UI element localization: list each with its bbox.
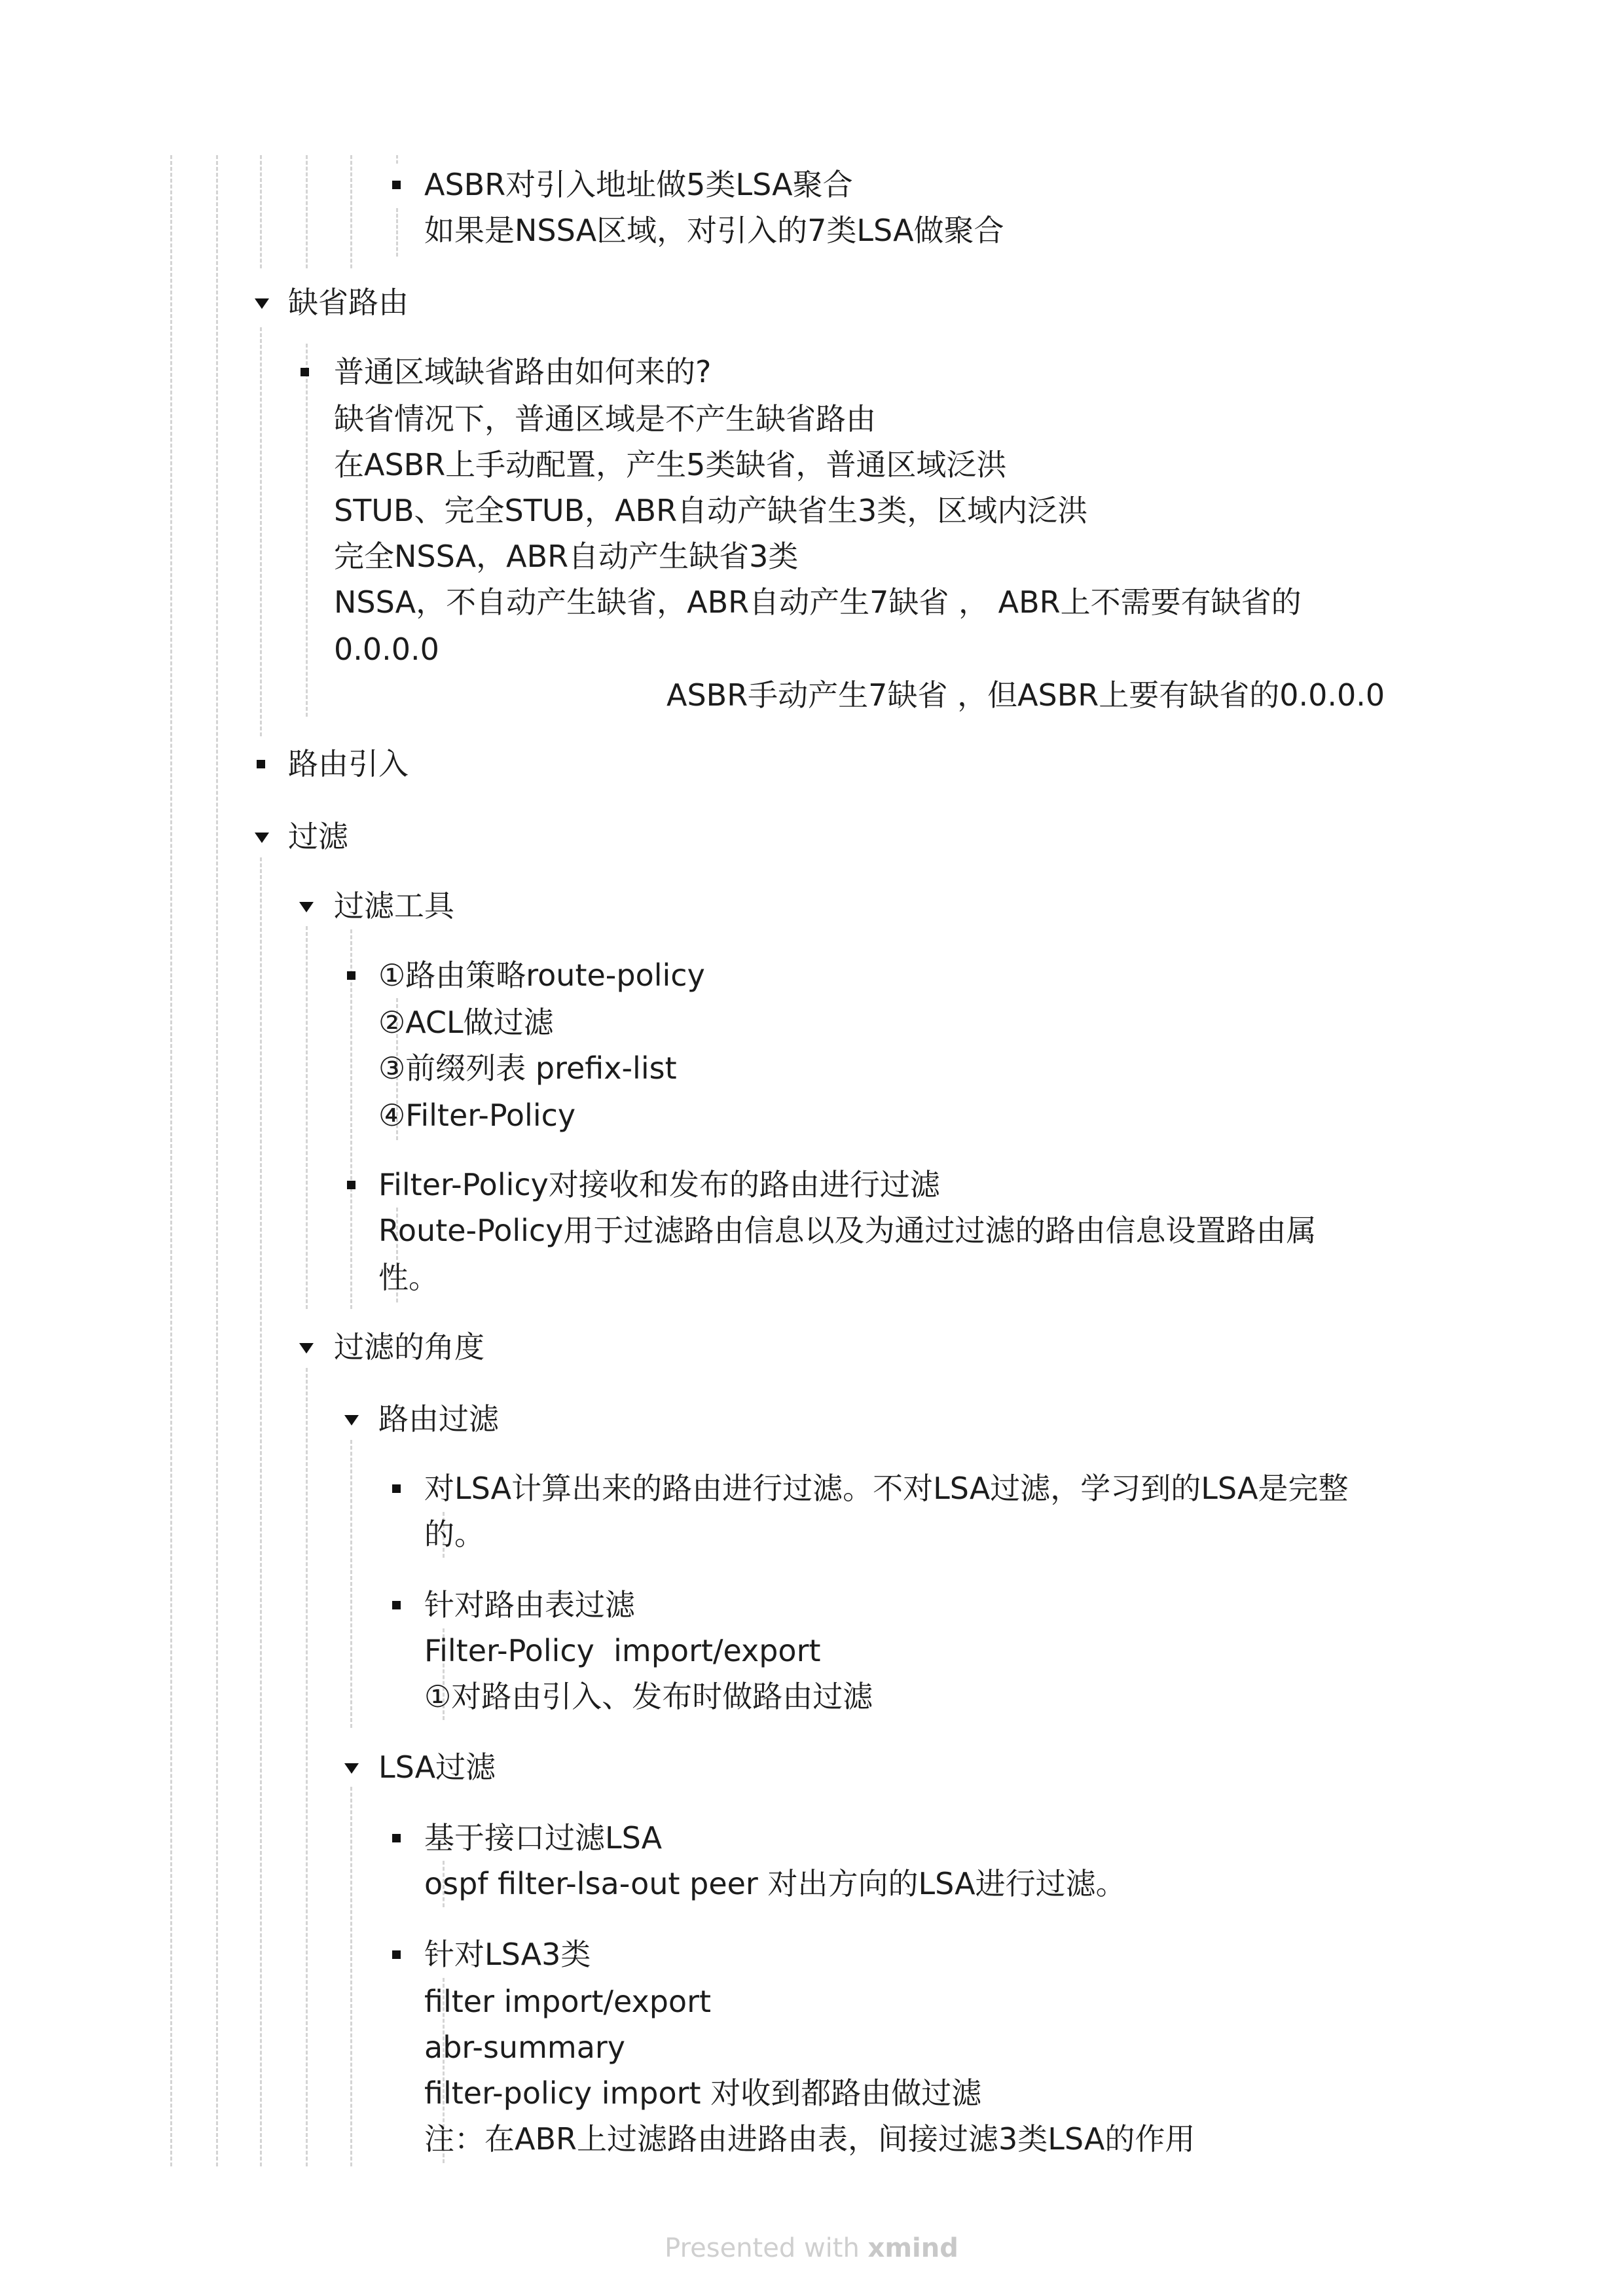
node-text-line: 0.0.0.0	[334, 626, 439, 672]
node-text-line: ASBR对引入地址做5类LSA聚合	[424, 162, 853, 207]
node-text-line: ②ACL做过滤	[378, 999, 554, 1045]
node-text-line: 完全NSSA，ABR自动产生缺省3类	[334, 533, 798, 579]
node-text-line: STUB、完全STUB，ABR自动产缺省生3类，区域内泛洪	[334, 488, 1087, 533]
node-text-line: Filter-Policy对接收和发布的路由进行过滤	[378, 1162, 940, 1208]
bullet-square-icon	[392, 1950, 401, 1959]
node-text-line: ④Filter-Policy	[378, 1092, 575, 1138]
footer-brand: xmind	[868, 2233, 958, 2263]
indent-guide-line	[306, 926, 308, 1309]
collapse-triangle-icon[interactable]	[299, 1343, 314, 1354]
node-text-line: ①路由策略route-policy	[378, 952, 705, 998]
bullet-square-icon	[392, 1484, 401, 1493]
node-text-line: 路由过滤	[378, 1396, 499, 1442]
node-text-line: 过滤工具	[334, 883, 454, 929]
node-text-line: 针对LSA3类	[424, 1931, 591, 1977]
node-text-line: ASBR手动产生7缺省 ，但ASBR上要有缺省的0.0.0.0	[666, 672, 1385, 718]
node-text-line: 注：在ABR上过滤路由进路由表，间接过滤3类LSA的作用	[424, 2116, 1195, 2162]
node-text-line: ①对路由引入、发布时做路由过滤	[424, 1674, 873, 1719]
node-text-line: 针对路由表过滤	[424, 1582, 635, 1628]
node-text-line: 对LSA计算出来的路由进行过滤。不对LSA过滤，学习到的LSA是完整	[424, 1465, 1348, 1511]
node-text-line: 路由引入	[288, 741, 409, 787]
node-text-line: 普通区域缺省路由如何来的?	[334, 349, 711, 395]
node-text-line: 基于接口过滤LSA	[424, 1815, 662, 1861]
indent-guide-line	[306, 155, 308, 268]
bullet-square-icon	[392, 1834, 401, 1842]
bullet-square-icon	[392, 1601, 401, 1609]
node-text-line: Filter-Policy import/export	[424, 1628, 821, 1674]
indent-guide-line	[350, 1440, 352, 1728]
indent-guide-line	[306, 1368, 308, 2166]
bullet-square-icon	[347, 971, 356, 980]
footer-watermark: Presented with xmind	[0, 2233, 1623, 2263]
node-text-line: filter-policy import 对收到都路由做过滤	[424, 2070, 981, 2116]
bullet-square-icon	[301, 368, 309, 376]
indent-guide-line	[350, 155, 352, 268]
indent-guide-line	[396, 208, 398, 257]
node-text-line: LSA过滤	[378, 1744, 496, 1790]
bullet-square-icon	[347, 1181, 356, 1189]
indent-guide-line	[170, 155, 172, 2166]
node-text-line: ③前缀列表 prefix-list	[378, 1045, 677, 1091]
collapse-triangle-icon[interactable]	[344, 1415, 359, 1426]
node-text-line: ospf filter-lsa-out peer 对出方向的LSA进行过滤。	[424, 1861, 1126, 1907]
indent-guide-line	[350, 1787, 352, 2166]
node-text-line: 过滤的角度	[334, 1324, 484, 1370]
node-text-line: 过滤	[288, 814, 348, 859]
footer-prefix: Presented with	[665, 2233, 867, 2263]
indent-guide-line	[396, 155, 398, 164]
indent-guide-line	[260, 327, 262, 736]
indent-guide-line	[350, 929, 352, 1309]
node-text-line: 性。	[378, 1255, 439, 1300]
node-text-line: Route-Policy用于过滤路由信息以及为通过过滤的路由信息设置路由属	[378, 1208, 1316, 1253]
collapse-triangle-icon[interactable]	[255, 833, 269, 843]
indent-guide-line	[306, 344, 308, 717]
node-text-line: 的。	[424, 1511, 484, 1557]
collapse-triangle-icon[interactable]	[255, 298, 269, 309]
bullet-square-icon	[392, 181, 401, 189]
node-text-line: filter import/export	[424, 1979, 711, 2024]
indent-guide-line	[216, 155, 218, 2166]
node-text-line: NSSA，不自动产生缺省，ABR自动产生7缺省 ， ABR上不需要有缺省的	[334, 579, 1302, 625]
node-text-line: abr-summary	[424, 2024, 625, 2070]
collapse-triangle-icon[interactable]	[344, 1763, 359, 1774]
collapse-triangle-icon[interactable]	[299, 902, 314, 912]
node-text-line: 如果是NSSA区域，对引入的7类LSA做聚合	[424, 207, 1004, 253]
node-text-line: 缺省情况下，普通区域是不产生缺省路由	[334, 396, 876, 442]
indent-guide-line	[260, 857, 262, 2166]
node-text-line: 在ASBR上手动配置，产生5类缺省，普通区域泛洪	[334, 442, 1006, 488]
indent-guide-line	[260, 155, 262, 268]
bullet-square-icon	[257, 760, 265, 768]
node-text-line: 缺省路由	[288, 279, 409, 325]
